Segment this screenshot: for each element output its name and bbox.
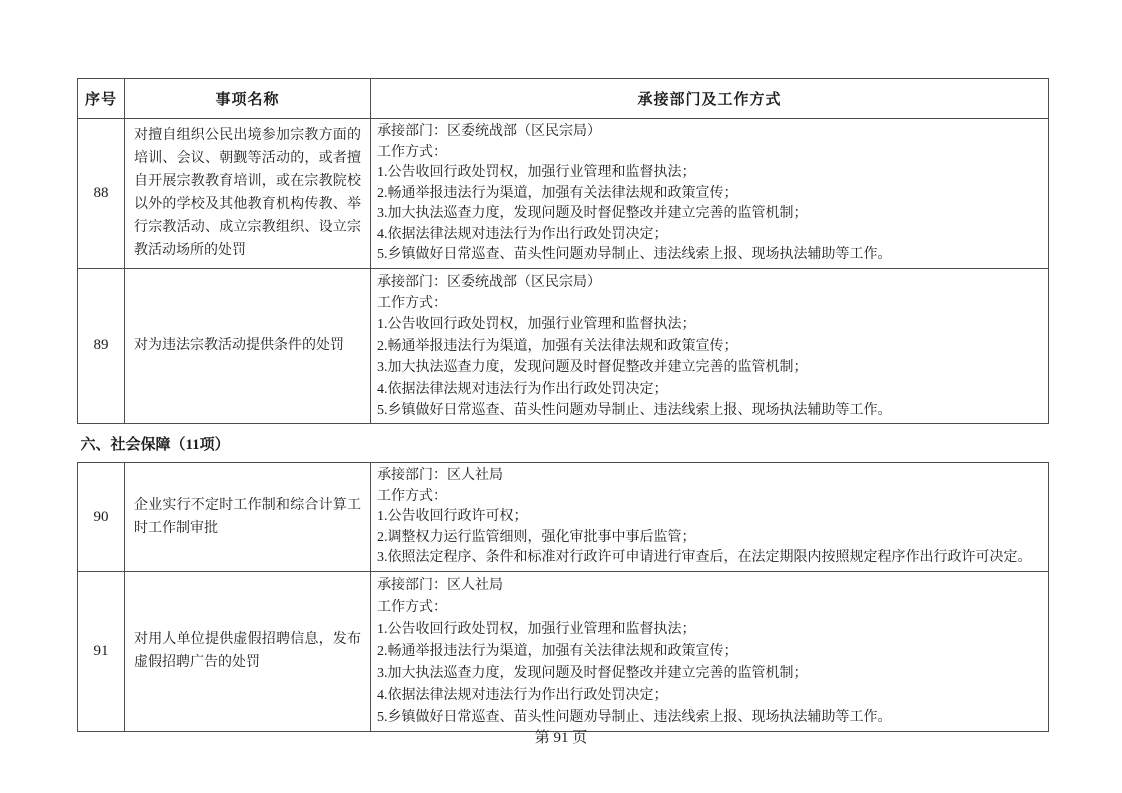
detail-line: 工作方式：	[377, 487, 1042, 508]
col-header-number: 序号	[78, 79, 125, 119]
row-number-cell: 89	[78, 268, 125, 424]
item-name-cell: 企业实行不定时工作制和综合计算工时工作制审批	[125, 463, 371, 572]
detail-line: 5.乡镇做好日常巡查、苗头性问题劝导制止、违法线索上报、现场执法辅助等工作。	[377, 400, 1042, 421]
page-number: 第 91 页	[0, 726, 1122, 747]
detail-line: 承接部门：区人社局	[377, 575, 1042, 597]
detail-cell: 承接部门：区委统战部（区民宗局） 工作方式： 1.公告收回行政处罚权，加强行业管…	[371, 268, 1049, 424]
item-name-cell: 对为违法宗教活动提供条件的处罚	[125, 268, 371, 424]
detail-line: 1.公告收回行政处罚权，加强行业管理和监督执法；	[377, 163, 1042, 184]
col-header-department: 承接部门及工作方式	[371, 79, 1049, 119]
detail-line: 4.依据法律法规对违法行为作出行政处罚决定；	[377, 685, 1042, 707]
detail-line: 2.畅通举报违法行为渠道，加强有关法律法规和政策宣传；	[377, 184, 1042, 205]
detail-cell: 承接部门：区人社局 工作方式： 1.公告收回行政许可权； 2.调整权力运行监管细…	[371, 463, 1049, 572]
detail-line: 4.依据法律法规对违法行为作出行政处罚决定；	[377, 225, 1042, 246]
detail-line: 3.加大执法巡查力度，发现问题及时督促整改并建立完善的监管机制；	[377, 357, 1042, 378]
detail-line: 5.乡镇做好日常巡查、苗头性问题劝导制止、违法线索上报、现场执法辅助等工作。	[377, 245, 1042, 266]
detail-line: 4.依据法律法规对违法行为作出行政处罚决定；	[377, 379, 1042, 400]
detail-line: 1.公告收回行政处罚权，加强行业管理和监督执法；	[377, 314, 1042, 335]
detail-line: 2.畅通举报违法行为渠道，加强有关法律法规和政策宣传；	[377, 641, 1042, 663]
detail-line: 2.调整权力运行监管细则，强化审批事中事后监管；	[377, 528, 1042, 549]
detail-line: 1.公告收回行政处罚权，加强行业管理和监督执法；	[377, 619, 1042, 641]
table-header-row: 序号 事项名称 承接部门及工作方式	[78, 79, 1049, 119]
table-row: 89 对为违法宗教活动提供条件的处罚 承接部门：区委统战部（区民宗局） 工作方式…	[78, 268, 1049, 424]
row-number-cell: 90	[78, 463, 125, 572]
detail-line: 2.畅通举报违法行为渠道，加强有关法律法规和政策宣传；	[377, 336, 1042, 357]
row-number-cell: 91	[78, 571, 125, 731]
detail-line: 工作方式：	[377, 293, 1042, 314]
document-page: 序号 事项名称 承接部门及工作方式 88 对擅自组织公民出境参加宗教方面的培训、…	[0, 0, 1122, 793]
detail-line: 3.加大执法巡查力度，发现问题及时督促整改并建立完善的监管机制；	[377, 204, 1042, 225]
detail-line: 承接部门：区人社局	[377, 466, 1042, 487]
items-table: 序号 事项名称 承接部门及工作方式 88 对擅自组织公民出境参加宗教方面的培训、…	[77, 78, 1049, 732]
detail-line: 3.依照法定程序、条件和标准对行政许可申请进行审查后，在法定期限内按照规定程序作…	[377, 548, 1042, 569]
detail-line: 承接部门：区委统战部（区民宗局）	[377, 122, 1042, 143]
table-row: 90 企业实行不定时工作制和综合计算工时工作制审批 承接部门：区人社局 工作方式…	[78, 463, 1049, 572]
detail-line: 承接部门：区委统战部（区民宗局）	[377, 272, 1042, 293]
table-row: 91 对用人单位提供虚假招聘信息，发布虚假招聘广告的处罚 承接部门：区人社局 工…	[78, 571, 1049, 731]
item-name-cell: 对用人单位提供虚假招聘信息，发布虚假招聘广告的处罚	[125, 571, 371, 731]
row-number-cell: 88	[78, 119, 125, 269]
section-header-cell: 六、社会保障（11项）	[78, 424, 1049, 463]
detail-line: 3.加大执法巡查力度，发现问题及时督促整改并建立完善的监管机制；	[377, 663, 1042, 685]
table-row: 88 对擅自组织公民出境参加宗教方面的培训、会议、朝觐等活动的，或者擅自开展宗教…	[78, 119, 1049, 269]
detail-cell: 承接部门：区委统战部（区民宗局） 工作方式： 1.公告收回行政处罚权，加强行业管…	[371, 119, 1049, 269]
detail-line: 1.公告收回行政许可权；	[377, 507, 1042, 528]
detail-line: 工作方式：	[377, 597, 1042, 619]
detail-line: 工作方式：	[377, 143, 1042, 164]
section-header-row: 六、社会保障（11项）	[78, 424, 1049, 463]
item-name-cell: 对擅自组织公民出境参加宗教方面的培训、会议、朝觐等活动的，或者擅自开展宗教教育培…	[125, 119, 371, 269]
col-header-item-name: 事项名称	[125, 79, 371, 119]
detail-cell: 承接部门：区人社局 工作方式： 1.公告收回行政处罚权，加强行业管理和监督执法；…	[371, 571, 1049, 731]
